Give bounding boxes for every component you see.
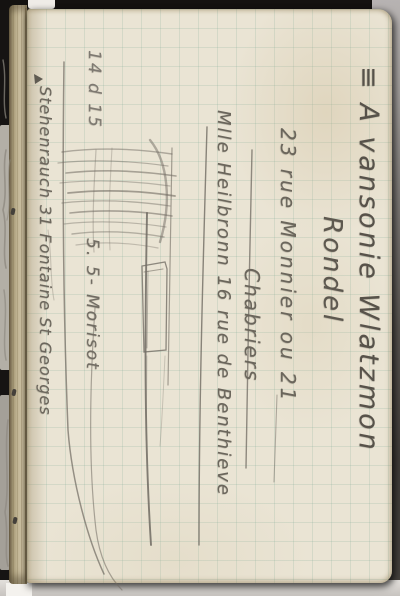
notebook-page [27,9,392,583]
underlying-page-corner [28,0,55,9]
underlying-page-corner-bottom [6,583,32,596]
photo-backdrop: ≡ A vansonie Wlatzmon Rondel 23 rue Monn… [0,0,400,596]
